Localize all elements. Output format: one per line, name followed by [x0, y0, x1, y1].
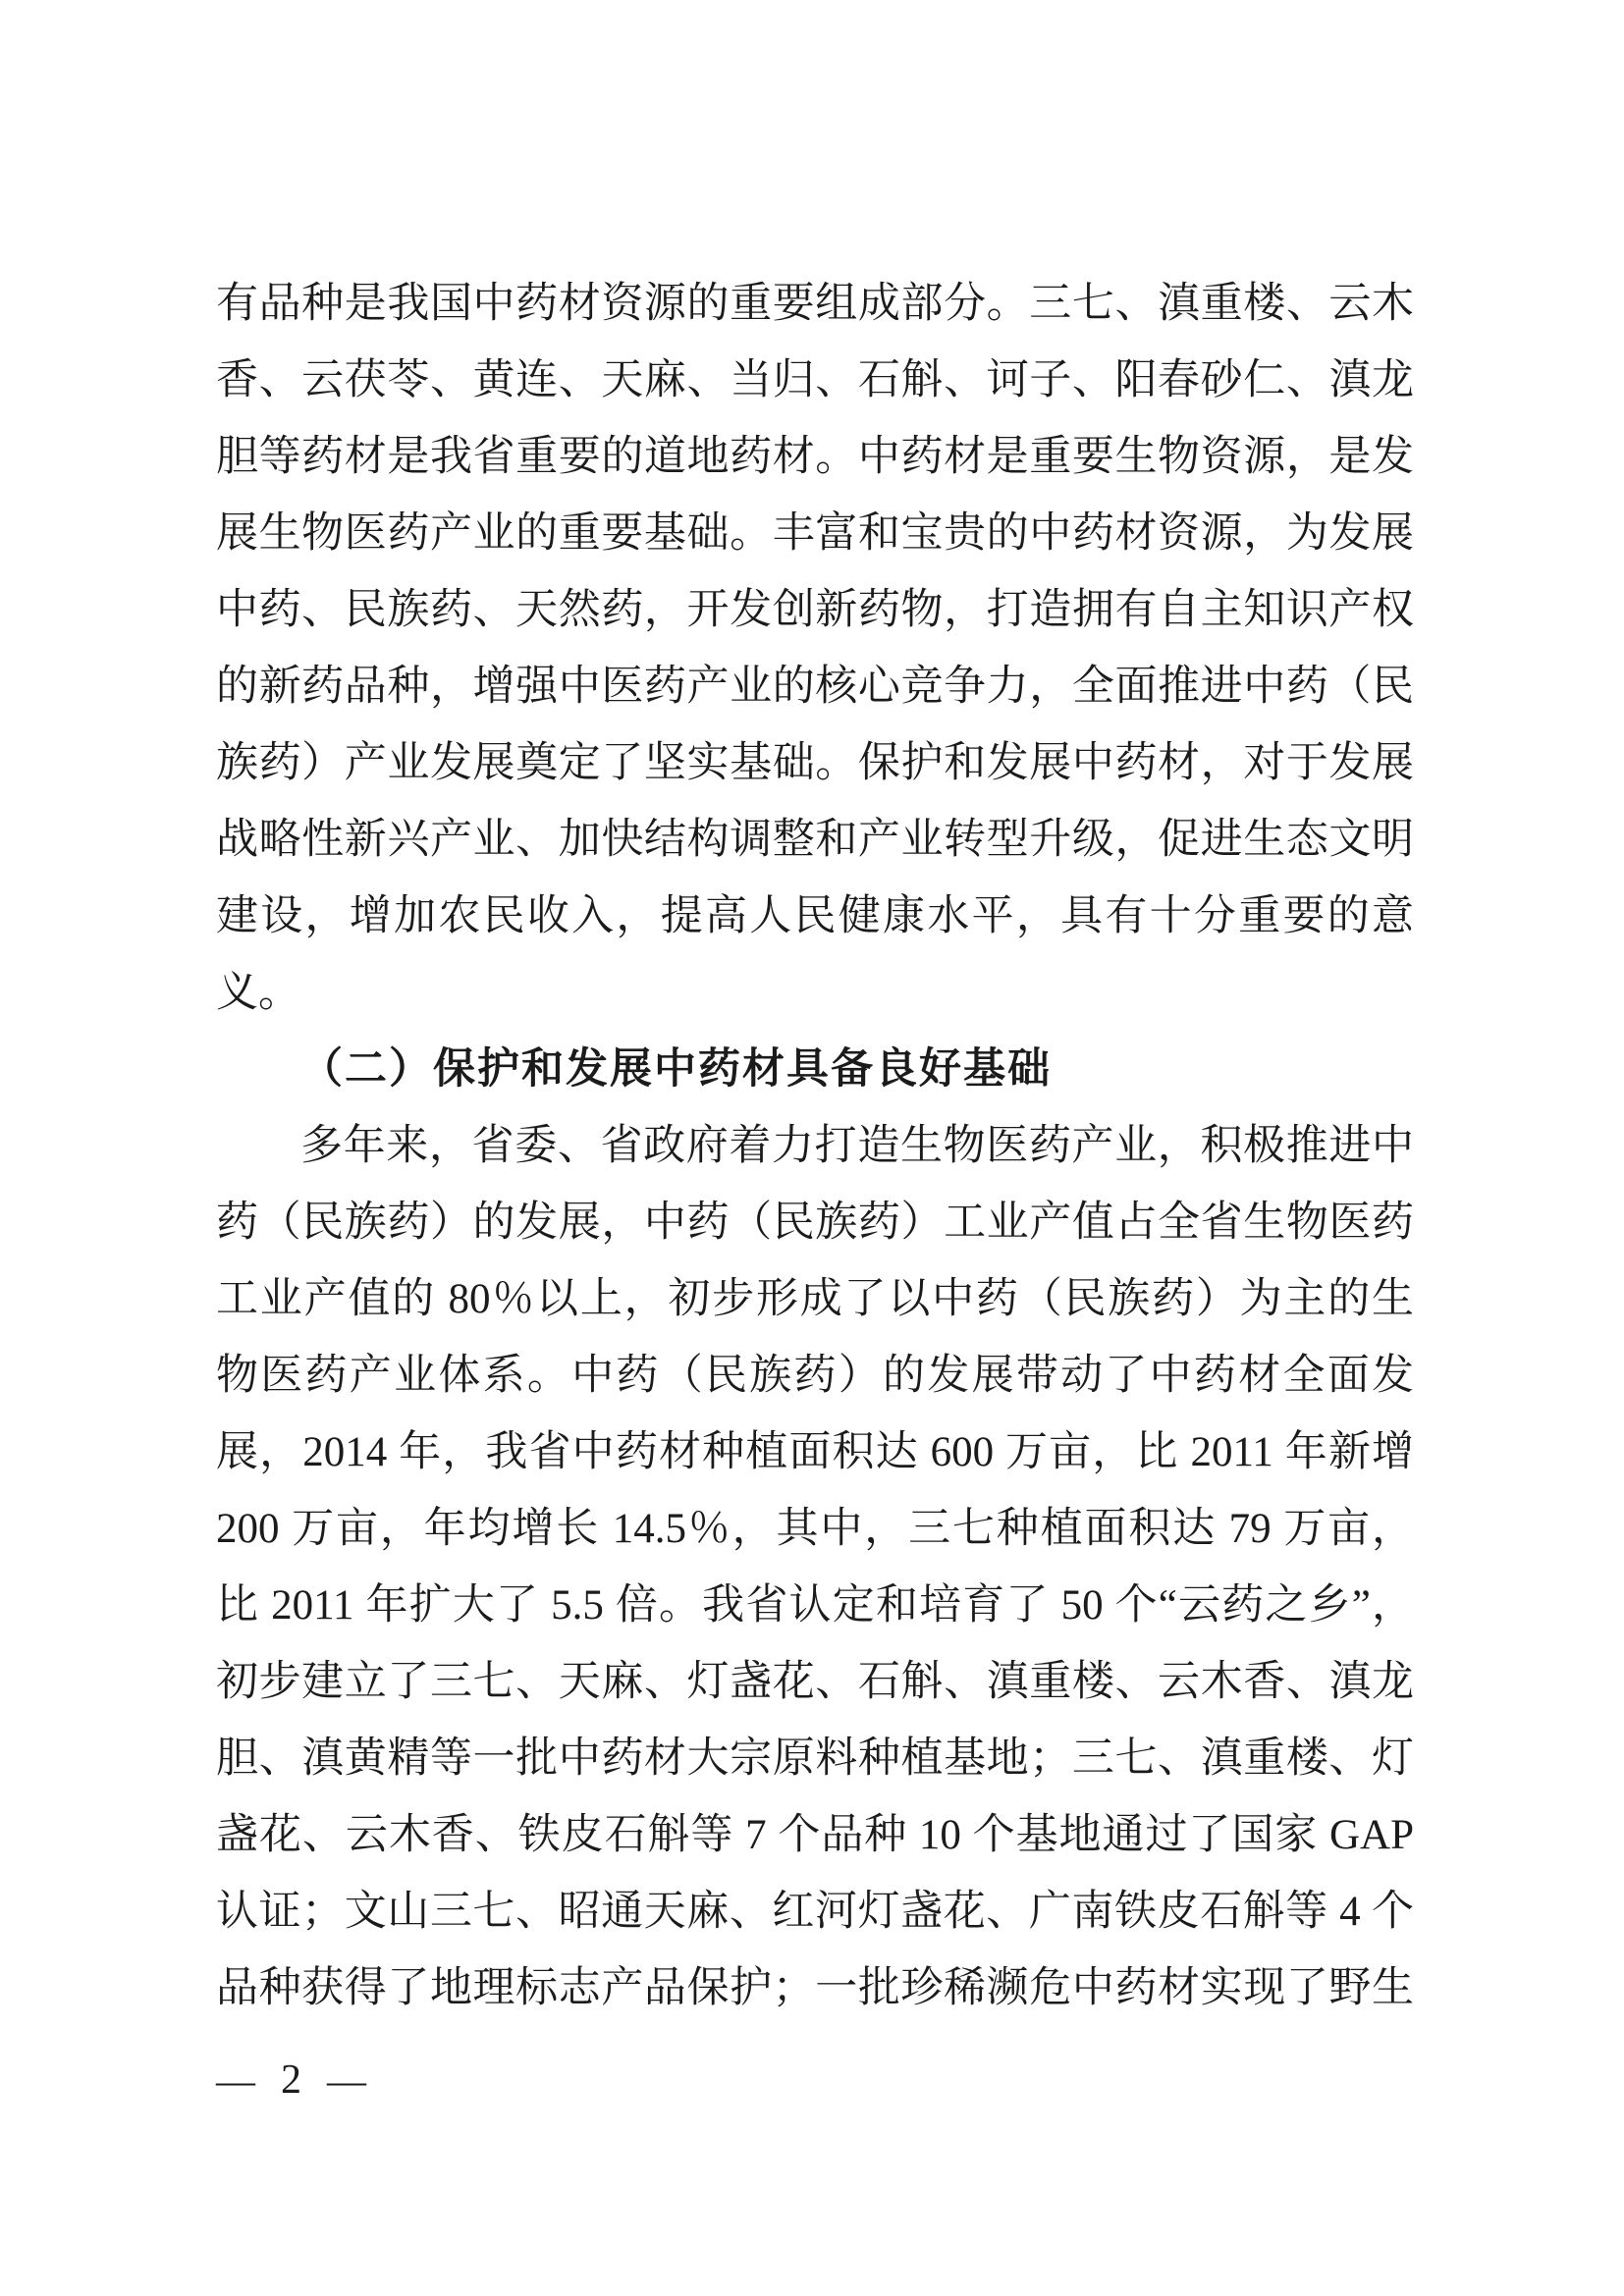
- text-line: 初步建立了三七、天麻、灯盏花、石斛、滇重楼、云木香、滇龙: [216, 1644, 1414, 1721]
- page-number: 2: [281, 2056, 301, 2104]
- text-line: 族药）产业发展奠定了坚实基础。保护和发展中药材，对于发展: [216, 725, 1414, 802]
- text-line: 认证；文山三七、昭通天麻、红河灯盏花、广南铁皮石斛等 4 个: [216, 1874, 1414, 1950]
- text-line: 建设，增加农民收入，提高人民健康水平，具有十分重要的意: [216, 879, 1414, 955]
- text-line: 物医药产业体系。中药（民族药）的发展带动了中药材全面发: [216, 1338, 1414, 1415]
- text-line: 品种获得了地理标志产品保护；一批珍稀濒危中药材实现了野生: [216, 1950, 1414, 2027]
- footer-left-dash: —: [216, 2057, 255, 2104]
- text-line: 中药、民族药、天然药，开发创新药物，打造拥有自主知识产权: [216, 572, 1414, 649]
- text-line: 的新药品种，增强中医药产业的核心竞争力，全面推进中药（民: [216, 649, 1414, 725]
- footer-right-dash: —: [327, 2057, 366, 2104]
- document-page: 有品种是我国中药材资源的重要组成部分。三七、滇重楼、云木 香、云茯苓、黄连、天麻…: [0, 0, 1624, 2296]
- text-line: 胆、滇黄精等一批中药材大宗原料种植基地；三七、滇重楼、灯: [216, 1721, 1414, 1797]
- text-line: 盏花、云木香、铁皮石斛等 7 个品种 10 个基地通过了国家 GAP: [216, 1797, 1414, 1874]
- text-block: 有品种是我国中药材资源的重要组成部分。三七、滇重楼、云木 香、云茯苓、黄连、天麻…: [216, 266, 1414, 2027]
- text-line: 比 2011 年扩大了 5.5 倍。我省认定和培育了 50 个“云药之乡”，: [216, 1568, 1414, 1644]
- page-footer: — 2 —: [216, 2051, 366, 2109]
- text-line: 有品种是我国中药材资源的重要组成部分。三七、滇重楼、云木: [216, 266, 1414, 343]
- text-line: 工业产值的 80％以上，初步形成了以中药（民族药）为主的生: [216, 1261, 1414, 1338]
- section-heading: （二）保护和发展中药材具备良好基础: [216, 1032, 1414, 1108]
- text-line: 多年来，省委、省政府着力打造生物医药产业，积极推进中: [216, 1108, 1414, 1185]
- text-line: 香、云茯苓、黄连、天麻、当归、石斛、诃子、阳春砂仁、滇龙: [216, 343, 1414, 419]
- text-line: 胆等药材是我省重要的道地药材。中药材是重要生物资源，是发: [216, 419, 1414, 496]
- text-line: 义。: [216, 955, 1414, 1032]
- text-line: 药（民族药）的发展，中药（民族药）工业产值占全省生物医药: [216, 1185, 1414, 1261]
- text-line: 展，2014 年，我省中药材种植面积达 600 万亩，比 2011 年新增: [216, 1415, 1414, 1491]
- text-line: 200 万亩，年均增长 14.5％，其中，三七种植面积达 79 万亩，: [216, 1491, 1414, 1568]
- text-line: 战略性新兴产业、加快结构调整和产业转型升级，促进生态文明: [216, 802, 1414, 879]
- text-line: 展生物医药产业的重要基础。丰富和宝贵的中药材资源，为发展: [216, 496, 1414, 572]
